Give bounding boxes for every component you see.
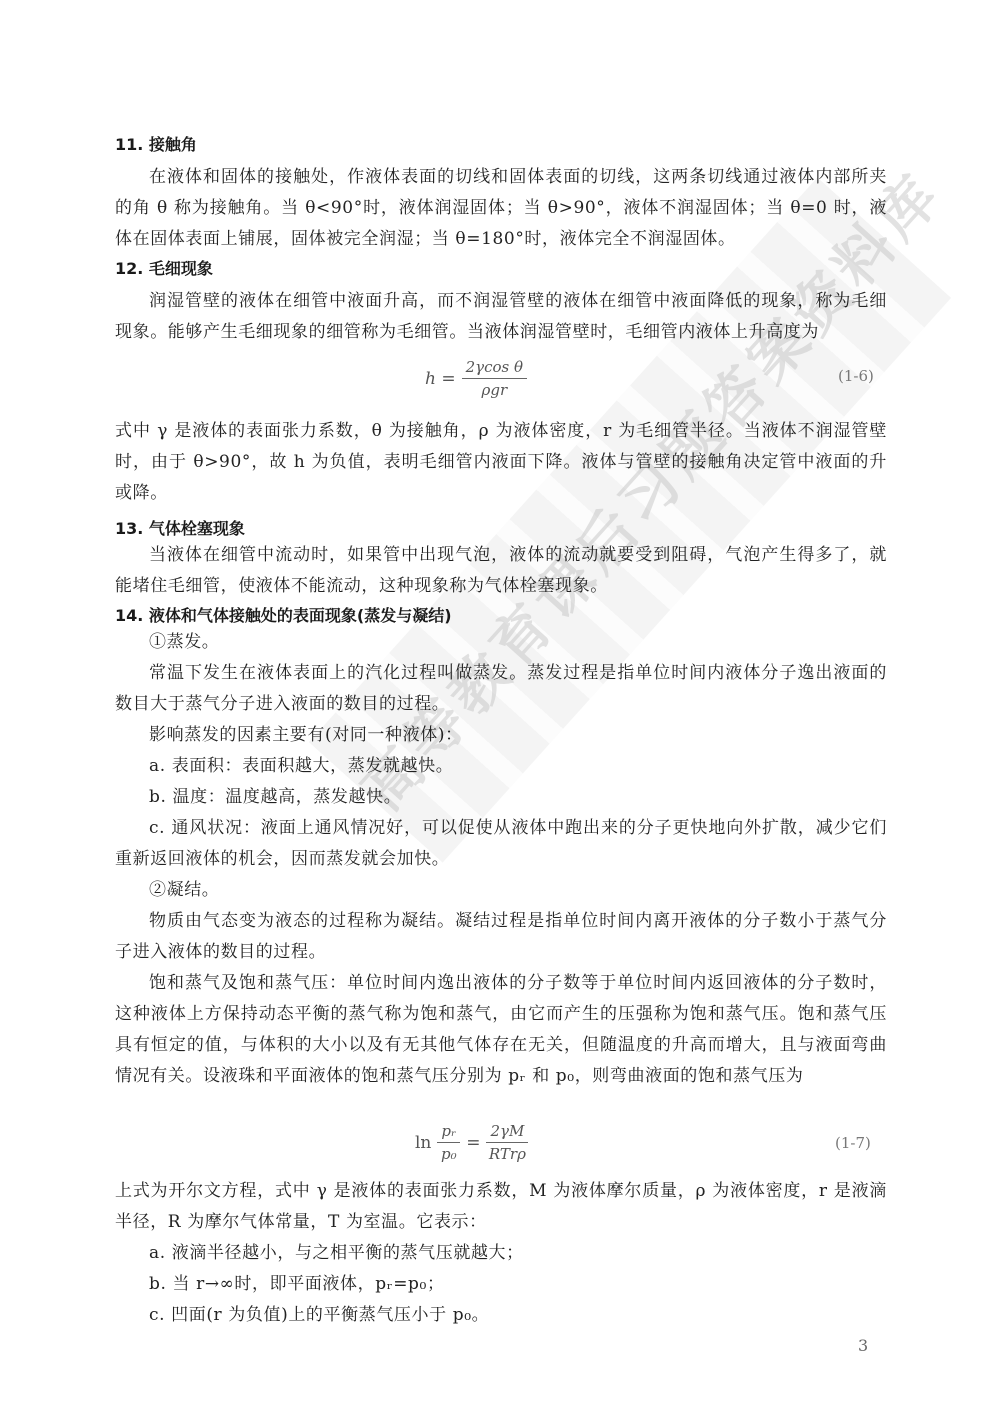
subheading-condensation: ②凝结。 (115, 875, 887, 906)
numerator: 2γM (486, 1122, 528, 1143)
section-14-body: ①蒸发。 常温下发生在液体表面上的汽化过程叫做蒸发。蒸发过程是指单位时间内液体分… (115, 627, 887, 1092)
document-page: 高等教育课后习题答案资料库 11. 接触角 在液体和固体的接触处，作液体表面的切… (0, 0, 992, 1403)
fraction-kelvin: 2γM RTrρ (486, 1122, 528, 1163)
fraction-pressure-ratio: pᵣ p₀ (437, 1122, 460, 1163)
equation-lhs: h = (425, 369, 456, 389)
denominator: ρgr (482, 379, 508, 399)
paragraph: 在液体和固体的接触处，作液体表面的切线和固体表面的切线，这两条切线通过液体内部所… (115, 162, 887, 255)
implication-item: b. 当 r→∞时，即平面液体，pᵣ=p₀； (115, 1269, 887, 1300)
paragraph: 饱和蒸气及饱和蒸气压：单位时间内逸出液体的分子数等于单位时间内返回液体的分子数时… (115, 968, 887, 1092)
section-14-kelvin: 上式为开尔文方程，式中 γ 是液体的表面张力系数，M 为液体摩尔质量，ρ 为液体… (115, 1176, 887, 1331)
factor-item: a. 表面积：表面积越大，蒸发就越快。 (115, 751, 887, 782)
implication-item: a. 液滴半径越小，与之相平衡的蒸气压就越大； (115, 1238, 887, 1269)
paragraph: 当液体在细管中流动时，如果管中出现气泡，液体的流动就要受到阻碍，气泡产生得多了，… (115, 540, 887, 602)
section-heading-13: 13. 气体栓塞现象 (115, 516, 245, 539)
denominator: p₀ (441, 1143, 457, 1163)
paragraph: 式中 γ 是液体的表面张力系数，θ 为接触角，ρ 为液体密度，r 为毛细管半径。… (115, 416, 887, 509)
factor-item: c. 通风状况：液面上通风情况好，可以促使从液体中跑出来的分子更快地向外扩散，减… (115, 813, 887, 875)
subheading-evaporation: ①蒸发。 (115, 627, 887, 658)
equation-number: (1-7) (835, 1134, 871, 1152)
page-number: 3 (858, 1336, 868, 1355)
paragraph: 润湿管壁的液体在细管中液面升高，而不润湿管壁的液体在细管中液面降低的现象，称为毛… (115, 286, 887, 348)
section-heading-14: 14. 液体和气体接触处的表面现象(蒸发与凝结) (115, 603, 452, 626)
ln-operator: ln (415, 1133, 431, 1153)
section-12-body: 润湿管壁的液体在细管中液面升高，而不润湿管壁的液体在细管中液面降低的现象，称为毛… (115, 286, 887, 348)
section-heading-12: 12. 毛细现象 (115, 256, 213, 279)
implication-item: c. 凹面(r 为负值)上的平衡蒸气压小于 p₀。 (115, 1300, 887, 1331)
section-13-body: 当液体在细管中流动时，如果管中出现气泡，液体的流动就要受到阻碍，气泡产生得多了，… (115, 540, 887, 602)
factors-intro: 影响蒸发的因素主要有(对同一种液体)： (115, 720, 887, 751)
paragraph: 物质由气态变为液态的过程称为凝结。凝结过程是指单位时间内离开液体的分子数小于蒸气… (115, 906, 887, 968)
equals-sign: = (466, 1133, 480, 1153)
section-11-body: 在液体和固体的接触处，作液体表面的切线和固体表面的切线，这两条切线通过液体内部所… (115, 131, 887, 255)
equation-1-7: ln pᵣ p₀ = 2γM RTrρ (415, 1122, 534, 1163)
paragraph: 上式为开尔文方程，式中 γ 是液体的表面张力系数，M 为液体摩尔质量，ρ 为液体… (115, 1176, 887, 1238)
denominator: RTrρ (489, 1143, 526, 1163)
equation-1-6: h = 2γcos θ ρgr (425, 358, 533, 399)
paragraph: 常温下发生在液体表面上的汽化过程叫做蒸发。蒸发过程是指单位时间内液体分子逸出液面… (115, 658, 887, 720)
fraction: 2γcos θ ρgr (462, 358, 527, 399)
section-12-after: 式中 γ 是液体的表面张力系数，θ 为接触角，ρ 为液体密度，r 为毛细管半径。… (115, 416, 887, 509)
factor-item: b. 温度：温度越高，蒸发越快。 (115, 782, 887, 813)
numerator: pᵣ (437, 1122, 460, 1143)
numerator: 2γcos θ (462, 358, 527, 379)
equation-number: (1-6) (838, 367, 874, 385)
